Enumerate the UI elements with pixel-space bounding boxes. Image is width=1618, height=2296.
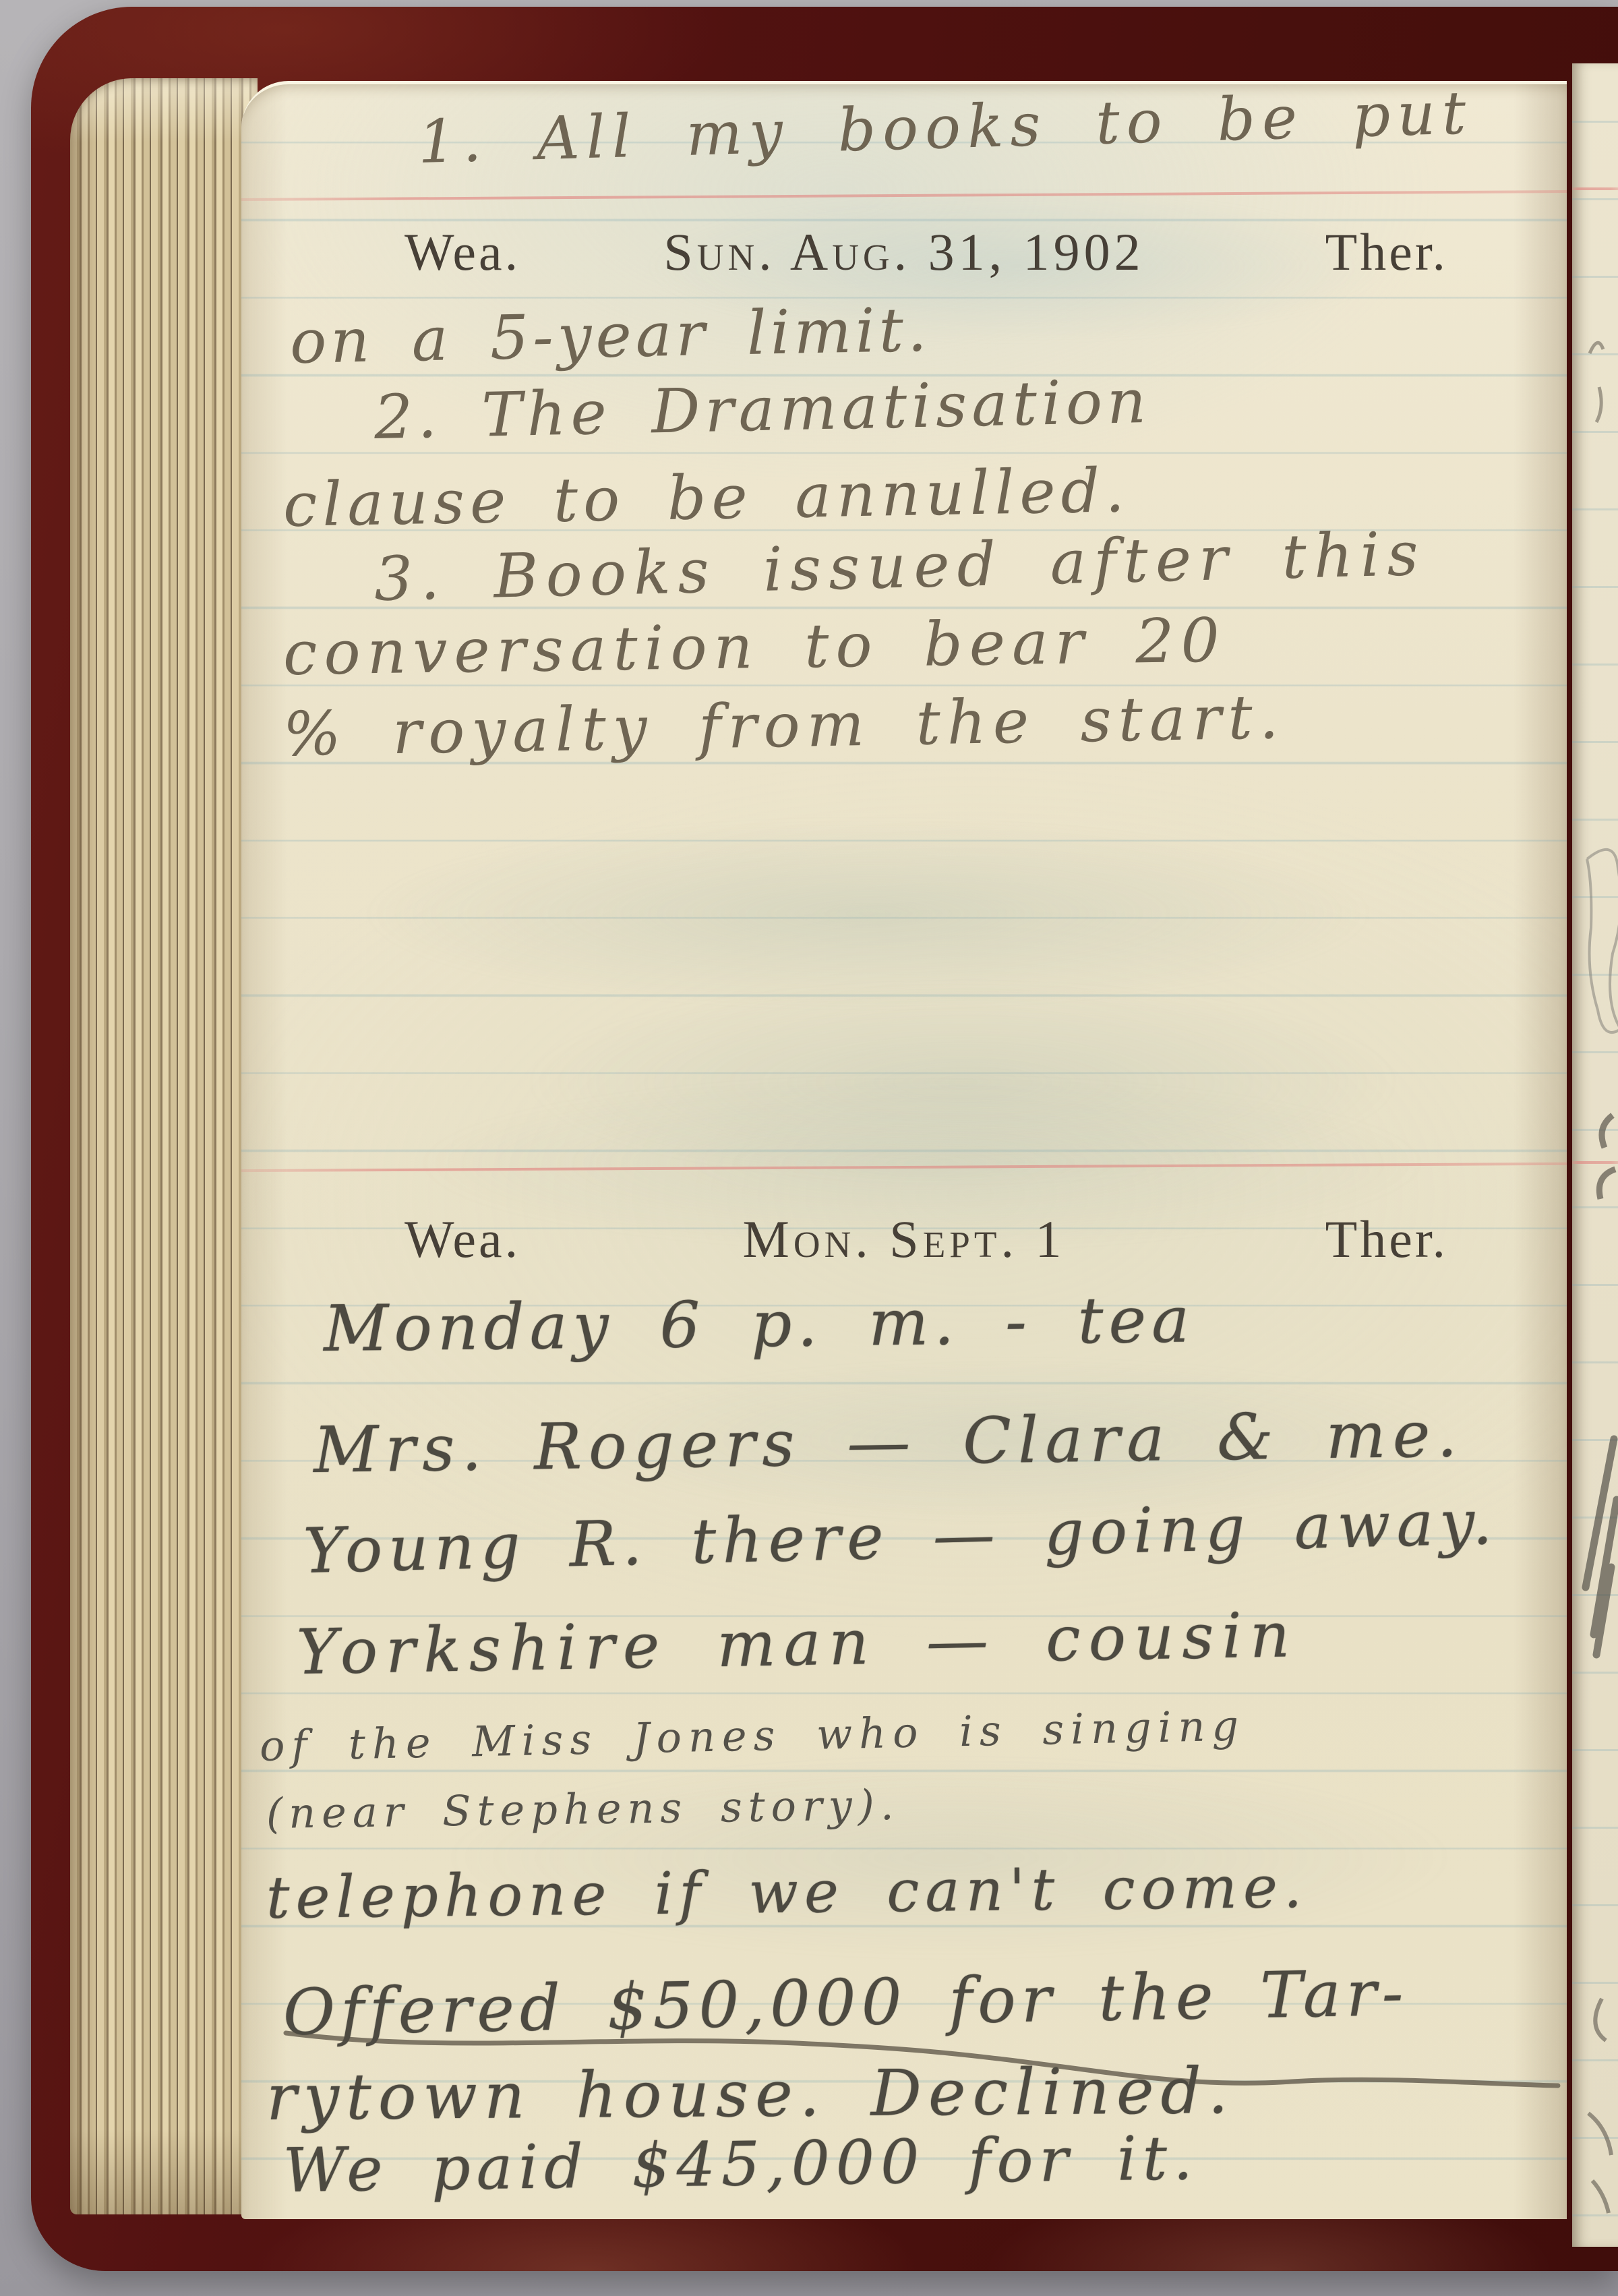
- fanned-page-edges: [70, 78, 258, 2214]
- date-label: Sun. Aug. 31, 1902: [663, 222, 1144, 283]
- diary-photograph: 1. All my books to be put Wea. Sun. Aug.…: [0, 0, 1618, 2296]
- handwritten-line: telephone if we can't come.: [266, 1854, 1308, 1932]
- date-label: Mon. Sept. 1: [743, 1209, 1066, 1270]
- pencil-scribbles: [1572, 63, 1618, 2247]
- thermometer-column-label: Ther.: [1325, 1209, 1448, 1270]
- handwritten-line: We paid $45,000 for it.: [282, 2123, 1199, 2206]
- printed-date-header-sunday: Wea. Sun. Aug. 31, 1902 Ther.: [241, 222, 1567, 287]
- handwritten-line: (near Stephens story).: [266, 1780, 900, 1838]
- weather-column-label: Wea.: [404, 222, 520, 283]
- handwritten-line: Monday 6 p. m. - tea: [323, 1283, 1195, 1366]
- handwritten-line: clause to be annulled.: [282, 455, 1131, 541]
- printed-date-header-monday: Wea. Mon. Sept. 1 Ther.: [241, 1209, 1567, 1274]
- handwritten-line: on a 5-year limit.: [289, 295, 931, 378]
- handwritten-line: rytown house. Declined.: [266, 2055, 1235, 2135]
- handwritten-line: conversation to bear 20: [282, 605, 1226, 689]
- thermometer-column-label: Ther.: [1325, 222, 1448, 283]
- weather-column-label: Wea.: [404, 1209, 520, 1270]
- diary-page: 1. All my books to be put Wea. Sun. Aug.…: [241, 81, 1567, 2219]
- adjacent-page-sliver: [1572, 63, 1618, 2247]
